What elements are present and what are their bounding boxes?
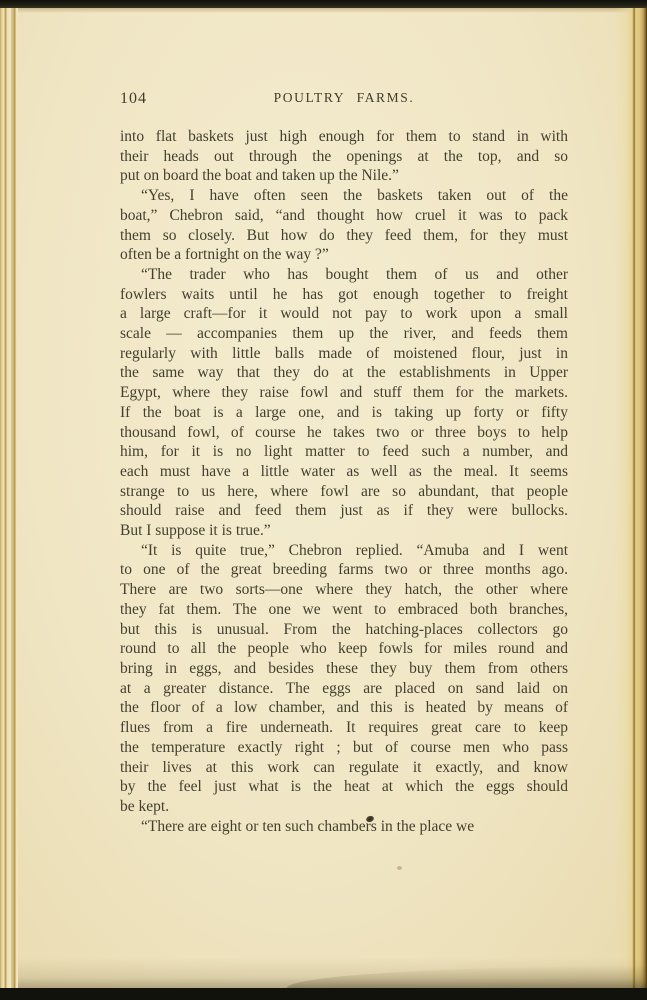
text-line: Egypt, where they raise fowl and stuff t… <box>120 383 568 403</box>
text-line: their heads out through the openings at … <box>120 147 568 167</box>
text-line: at a greater distance. The eggs are plac… <box>120 679 568 699</box>
paragraph: “Yes, I have often seen the baskets take… <box>120 186 568 265</box>
page-number: 104 <box>120 90 147 108</box>
text-line: round to all the people who keep fowls f… <box>120 639 568 659</box>
text-line: If the boat is a large one, and is takin… <box>120 403 568 423</box>
text-line: put on board the boat and taken up the N… <box>120 166 568 186</box>
page-top-shading <box>18 8 647 13</box>
text-line: each must have a little water as well as… <box>120 462 568 482</box>
text-line: the same way that they do at the establi… <box>120 363 568 383</box>
text-line: their lives at this work can regulate it… <box>120 758 568 778</box>
text-line: But I suppose it is true.” <box>120 521 568 541</box>
text-line: “It is quite true,” Chebron replied. “Am… <box>120 541 568 561</box>
text-line: him, for it is no light matter to feed s… <box>120 442 568 462</box>
text-line: but this is unusual. From the hatching-p… <box>120 620 568 640</box>
text-line: often be a fortnight on the way ?” <box>120 245 568 265</box>
paragraph: “It is quite true,” Chebron replied. “Am… <box>120 541 568 817</box>
paragraph: “There are eight or ten such chambers in… <box>120 817 568 837</box>
text-line: them so closely. But how do they feed th… <box>120 226 568 246</box>
book-scan: 104 POULTRY FARMS. into flat baskets jus… <box>0 0 647 1000</box>
book-left-page-edges <box>0 8 18 988</box>
text-line: “There are eight or ten such chambers in… <box>120 817 568 837</box>
page-content: 104 POULTRY FARMS. into flat baskets jus… <box>120 90 568 836</box>
text-line: flues from a fire underneath. It require… <box>120 718 568 738</box>
text-line: There are two sorts—one where they hatch… <box>120 580 568 600</box>
paragraph: “The trader who has bought them of us an… <box>120 265 568 541</box>
text-line: be kept. <box>120 797 568 817</box>
text-line: to one of the great breeding farms two o… <box>120 560 568 580</box>
text-line: bring in eggs, and besides these they bu… <box>120 659 568 679</box>
page-header: 104 POULTRY FARMS. <box>120 90 568 108</box>
text-line: the floor of a low chamber, and this is … <box>120 698 568 718</box>
text-line: regularly with little balls made of mois… <box>120 344 568 364</box>
text-line: the temperature exactly right ; but of c… <box>120 738 568 758</box>
text-line: boat,” Chebron said, “and thought how cr… <box>120 206 568 226</box>
paragraph: into flat baskets just high enough for t… <box>120 127 568 186</box>
ink-spot <box>397 866 402 870</box>
text-line: “The trader who has bought them of us an… <box>120 265 568 285</box>
text-line: strange to us here, where fowl are so ab… <box>120 482 568 502</box>
text-line: fowlers waits until he has got enough to… <box>120 285 568 305</box>
text-line: a large craft—for it would not pay to wo… <box>120 304 568 324</box>
scan-top-edge <box>0 0 647 8</box>
body-text: into flat baskets just high enough for t… <box>120 127 568 836</box>
text-line: “Yes, I have often seen the baskets take… <box>120 186 568 206</box>
text-line: they fat them. The one we went to embrac… <box>120 600 568 620</box>
text-line: should raise and feed them just as if th… <box>120 501 568 521</box>
running-head: POULTRY FARMS. <box>120 90 568 106</box>
book-right-page-edges <box>615 8 647 988</box>
text-line: into flat baskets just high enough for t… <box>120 127 568 147</box>
text-line: scale — accompanies them up the river, a… <box>120 324 568 344</box>
text-line: thousand fowl, of course he takes two or… <box>120 423 568 443</box>
text-line: by the feel just what is the heat at whi… <box>120 777 568 797</box>
